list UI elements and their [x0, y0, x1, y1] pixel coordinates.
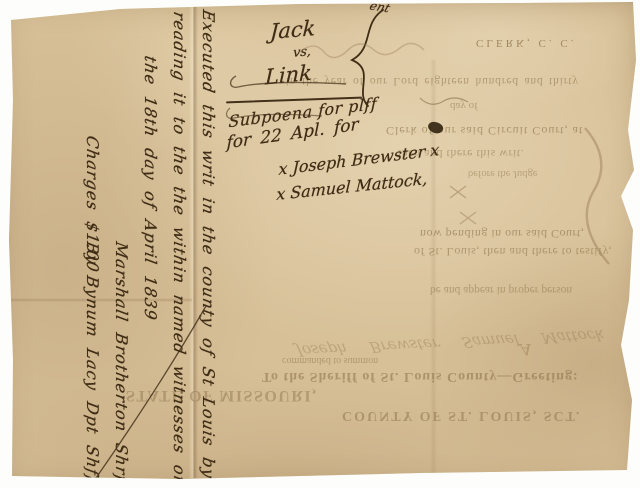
ghost-x-mark-2 — [460, 212, 476, 224]
sheriffs-return-block: Executed this writ in the county of St L… — [68, 10, 218, 482]
scanned-document: CLERK, C. C. in the year of our Lord eig… — [0, 0, 640, 488]
ghost-x-mark-1 — [450, 186, 466, 198]
showthrough-county-heading: COUNTY OF ST. LOUIS, SCT. — [342, 407, 581, 423]
showthrough-circuit-court: Clerk of our said Circuit Court, at — [386, 123, 583, 138]
deputy-signature: By Bynum Lacy Dpt Shff — [83, 240, 102, 484]
versus-label: vs, — [293, 44, 312, 61]
return-line-2: reading it to the the within named witne… — [170, 10, 189, 488]
return-line-3: the 18th day of April 1839 — [141, 54, 160, 322]
sheriff-signature: Marshall Brotherton Shrff — [112, 240, 131, 488]
brace-icon — [352, 10, 383, 106]
showthrough-before-judge: before the Judge — [468, 168, 537, 179]
showthrough-greeting-line: To the Sheriff of St. Louis County—Greet… — [262, 368, 579, 384]
showthrough-person-line: be and appear in proper person — [430, 284, 572, 296]
showthrough-initial: A — [520, 340, 532, 359]
showthrough-clerk-cc: CLERK, C. C. — [476, 37, 576, 49]
plaintiff-name: Jack — [269, 16, 316, 44]
brace-annotation: ent — [368, 0, 392, 15]
showthrough-names-scrawl: Joseph Brewster Samuel Mattock — [294, 326, 606, 360]
showthrough-pending-line: now pending in our said Court, — [420, 226, 584, 241]
showthrough-year-line: in the year of our Lord eighteen hundred… — [286, 75, 579, 87]
paper-sheet: CLERK, C. C. in the year of our Lord eig… — [0, 0, 640, 488]
showthrough-testify-line: of St. Louis, then and there to testify, — [414, 244, 612, 259]
ghost-scrawl-top — [300, 43, 424, 57]
showthrough-day-of: day of — [450, 100, 478, 112]
return-line-1: Executed this writ in the county of St L… — [199, 8, 218, 480]
defendant-name: Link — [265, 60, 313, 89]
